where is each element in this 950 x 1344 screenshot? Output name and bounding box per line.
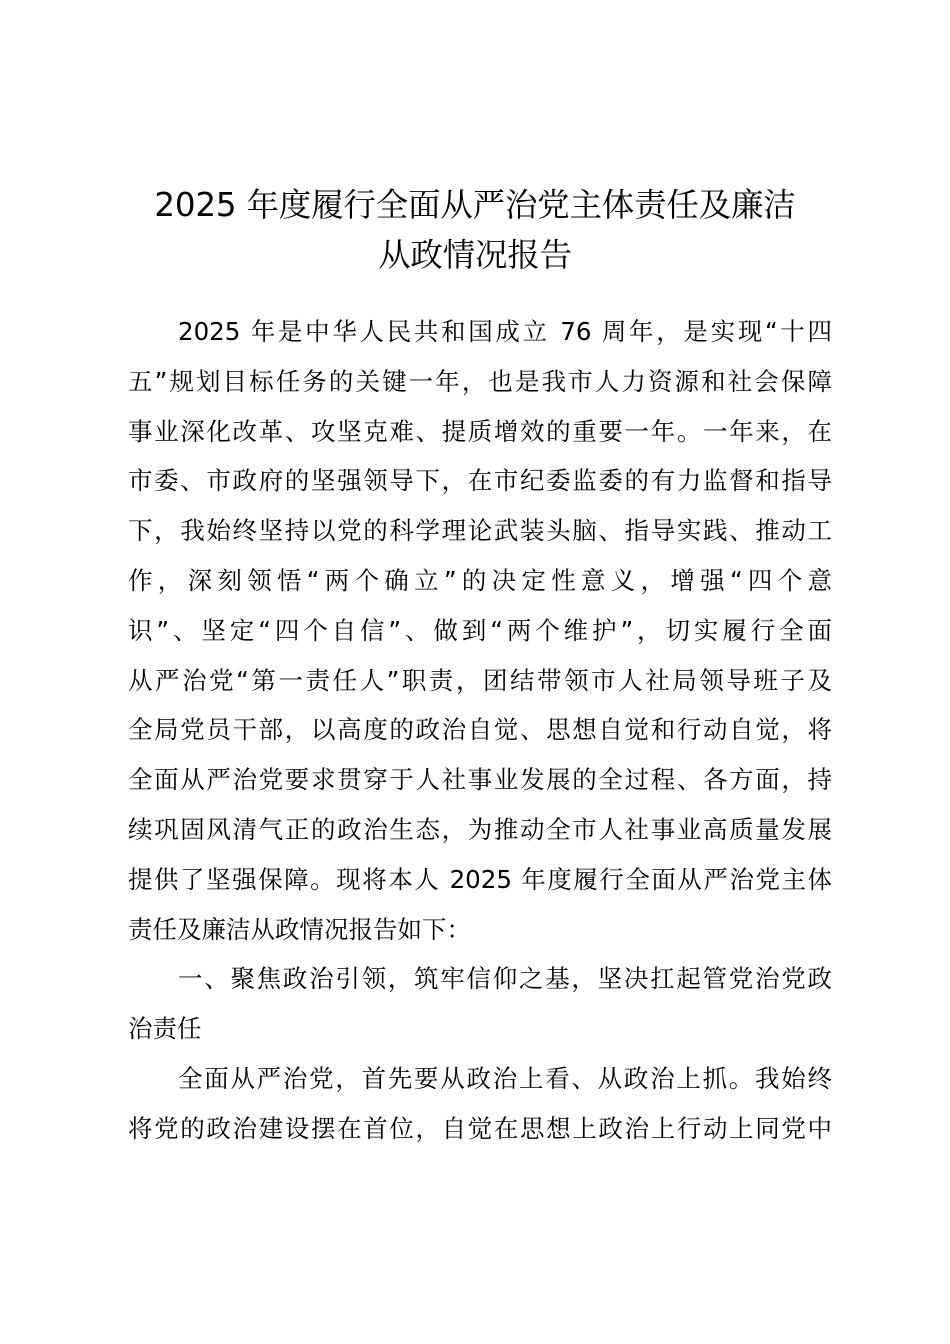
paragraph-line: 事业深化改革、攻坚克难、提质增效的重要一年。一年来，在: [128, 407, 832, 457]
paragraph-line: 识”、坚定“四个自信”、做到“两个维护”，切实履行全面: [128, 606, 832, 656]
paragraph-line: 市委、市政府的坚强领导下，在市纪委监委的有力监督和指导: [128, 456, 832, 506]
document-body: 2025 年是中华人民共和国成立 76 周年，是实现“十四 五”规划目标任务的关…: [128, 307, 832, 1154]
paragraph-line: 续巩固风清气正的政治生态，为推动全市人社事业高质量发展: [128, 805, 832, 855]
paragraph-line: 五”规划目标任务的关键一年，也是我市人力资源和社会保障: [128, 357, 832, 407]
section-heading-1: 一、聚焦政治引领，筑牢信仰之基，坚决扛起管党治党政 治责任: [128, 954, 832, 1054]
paragraph-line: 2025 年是中华人民共和国成立 76 周年，是实现“十四: [128, 307, 832, 357]
section-1-paragraph: 全面从严治党，首先要从政治上看、从政治上抓。我始终 将党的政治建设摆在首位，自觉…: [128, 1054, 832, 1154]
paragraph-line: 责任及廉洁从政情况报告如下：: [128, 905, 832, 955]
heading-line: 一、聚焦政治引领，筑牢信仰之基，坚决扛起管党治党政: [128, 954, 832, 1004]
intro-paragraph: 2025 年是中华人民共和国成立 76 周年，是实现“十四 五”规划目标任务的关…: [128, 307, 832, 954]
document-page: 2025 年度履行全面从严治党主体责任及廉洁 从政情况报告 2025 年是中华人…: [0, 0, 950, 1344]
paragraph-line: 全面从严治党，首先要从政治上看、从政治上抓。我始终: [128, 1054, 832, 1104]
paragraph-line: 从严治党“第一责任人”职责，团结带领市人社局领导班子及: [128, 656, 832, 706]
paragraph-line: 将党的政治建设摆在首位，自觉在思想上政治上行动上同党中: [128, 1104, 832, 1154]
document-title: 2025 年度履行全面从严治党主体责任及廉洁 从政情况报告: [100, 180, 850, 280]
heading-line: 治责任: [128, 1004, 832, 1054]
paragraph-line: 提供了坚强保障。现将本人 2025 年度履行全面从严治党主体: [128, 855, 832, 905]
title-line-1: 2025 年度履行全面从严治党主体责任及廉洁: [100, 180, 850, 230]
title-line-2: 从政情况报告: [100, 230, 850, 280]
paragraph-line: 全面从严治党要求贯穿于人社事业发展的全过程、各方面，持: [128, 755, 832, 805]
paragraph-line: 全局党员干部，以高度的政治自觉、思想自觉和行动自觉，将: [128, 705, 832, 755]
paragraph-line: 下，我始终坚持以党的科学理论武装头脑、指导实践、推动工: [128, 506, 832, 556]
paragraph-line: 作，深刻领悟“两个确立”的决定性意义，增强“四个意: [128, 556, 832, 606]
